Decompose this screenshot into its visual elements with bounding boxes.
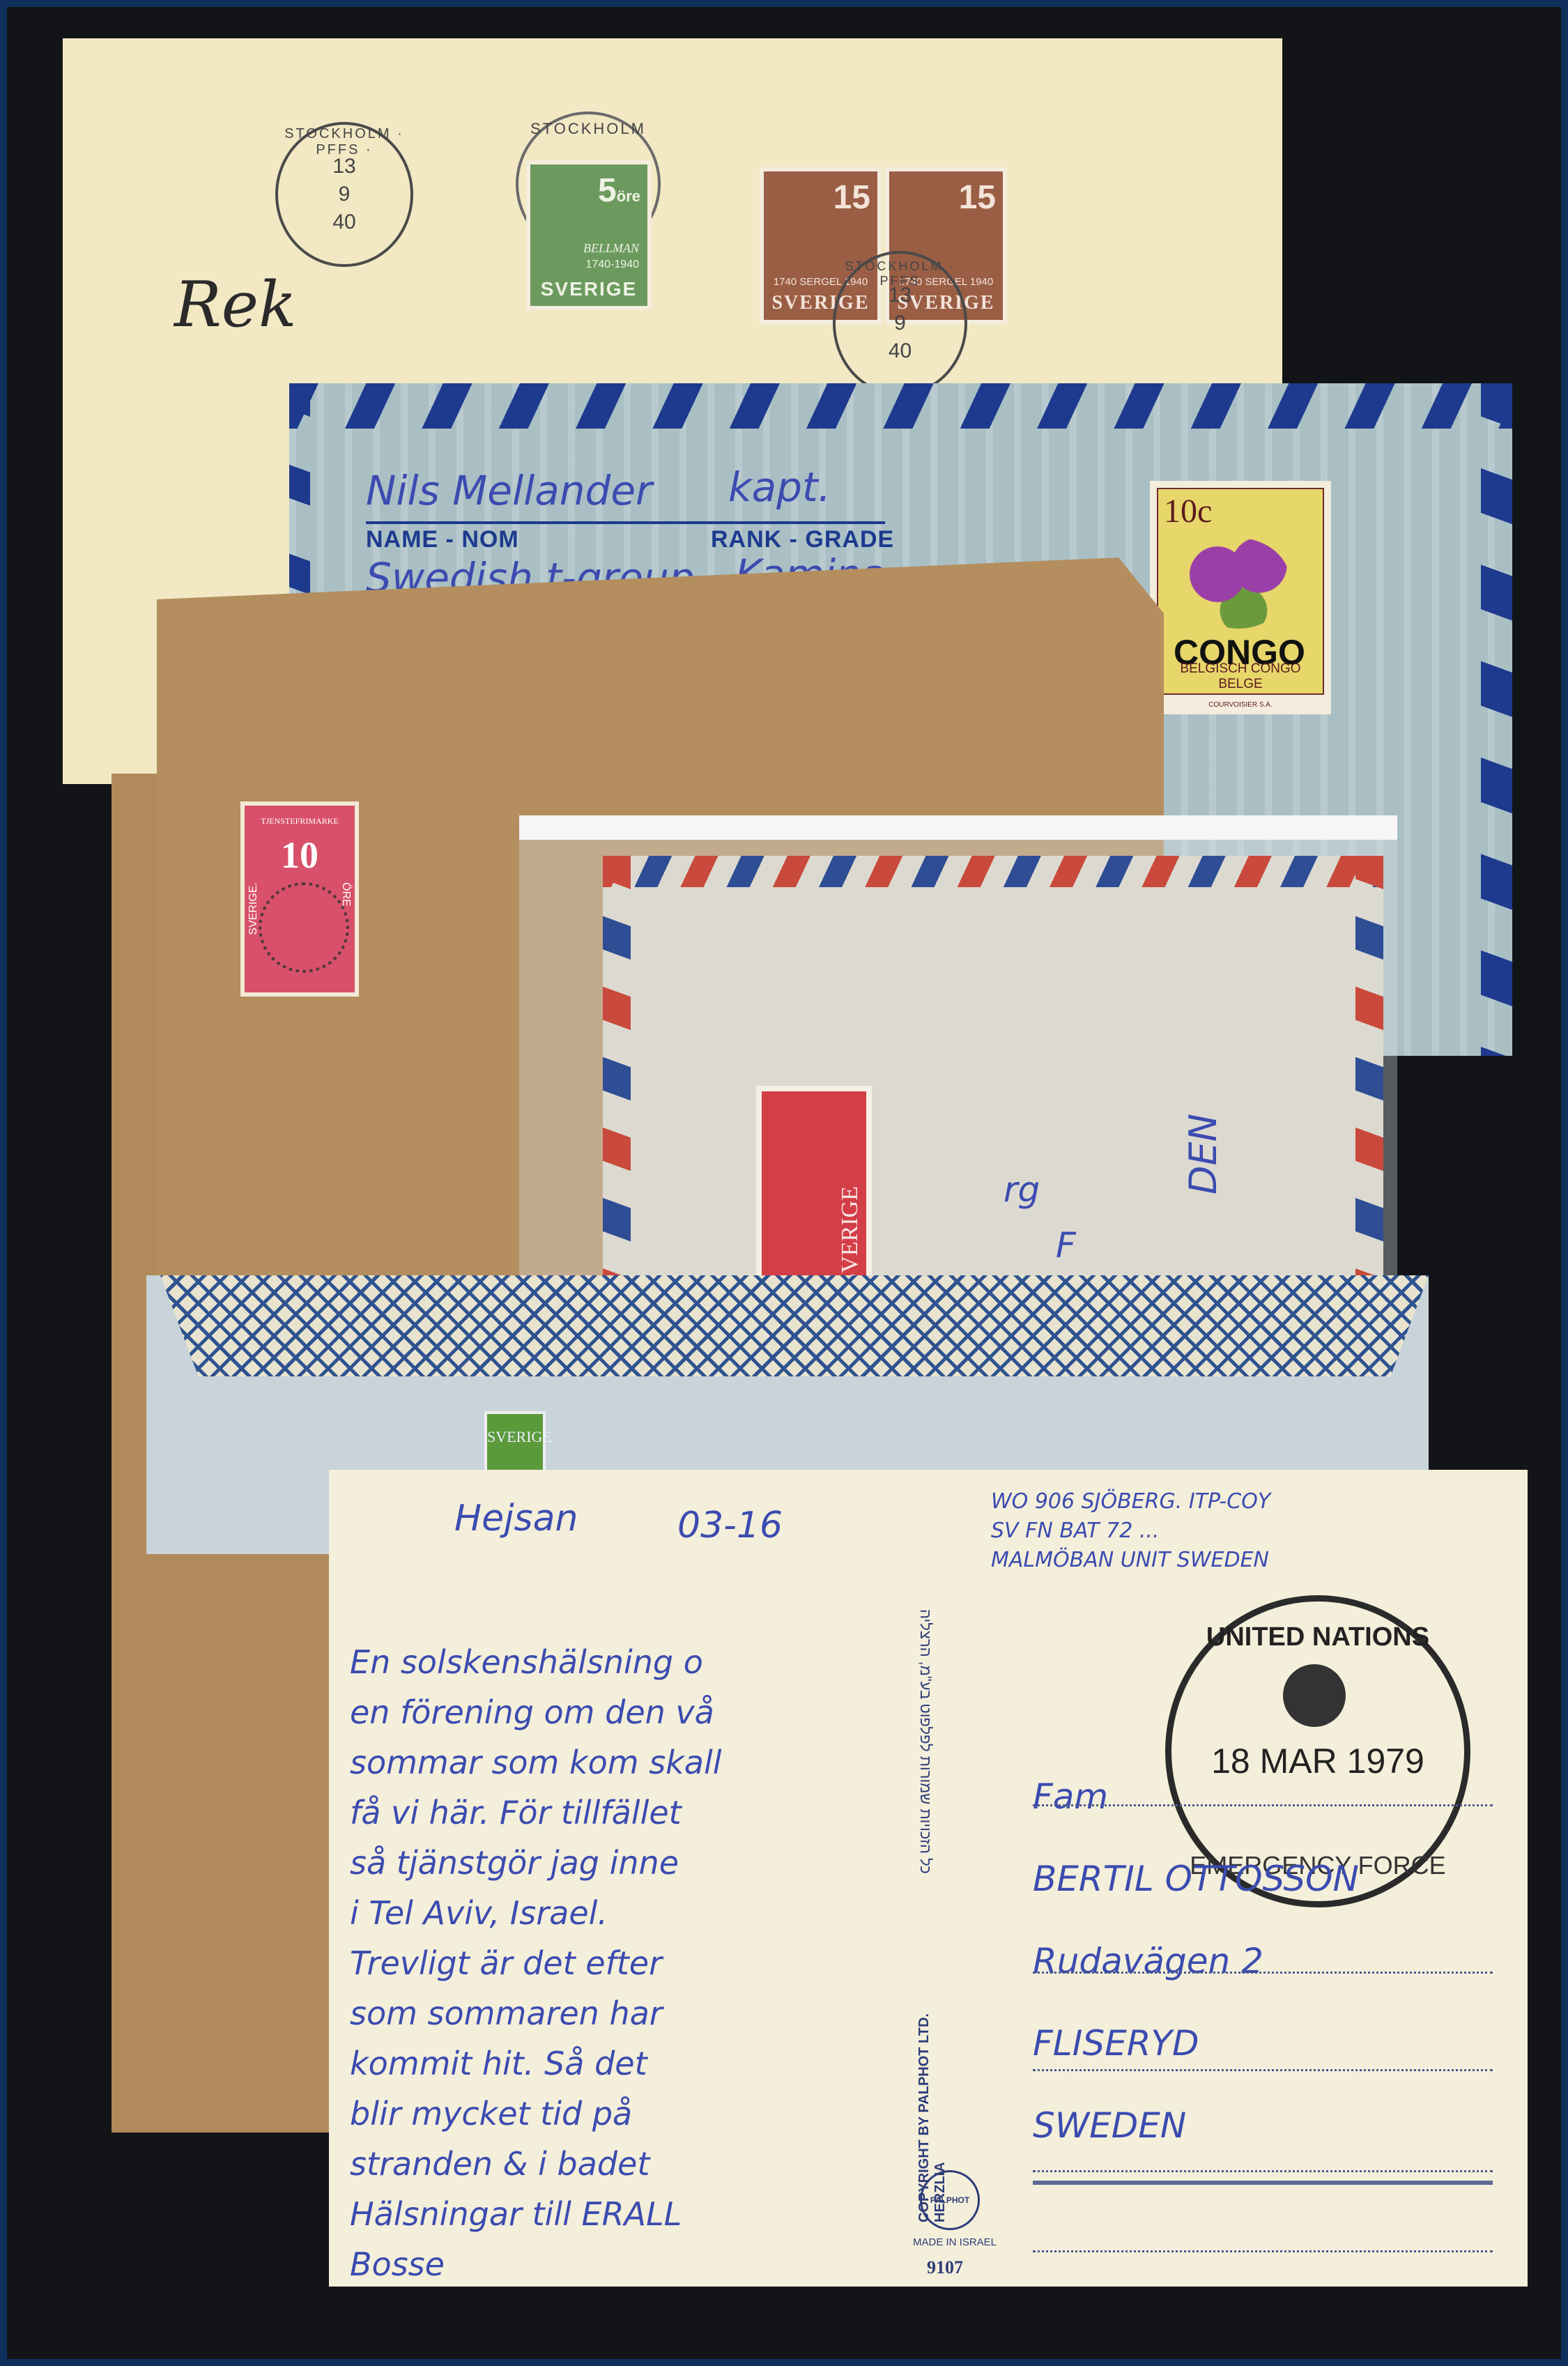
- address-fragment: rg: [1004, 1169, 1040, 1210]
- stamp-top-text: TJENSTEFRIMARKE: [245, 816, 355, 827]
- handwritten-line: SWEDEN: [1033, 2084, 1493, 2167]
- address-fragment: F: [1056, 1225, 1076, 1266]
- address-line: [1033, 1972, 1493, 1974]
- postmark-stockholm-left: STOCKHOLM · PFFS · 13 9 40: [275, 122, 413, 267]
- cancel-postmark: [259, 882, 349, 973]
- address-line: [1033, 1804, 1493, 1806]
- stamp-years: 1740-1940: [585, 259, 639, 271]
- airmail-stripes-top: [603, 856, 1383, 887]
- stamp-unit: öre: [617, 187, 640, 205]
- name-label: NAME - NOM: [366, 526, 519, 553]
- rank-label: RANK - GRADE: [711, 526, 894, 553]
- postmark-day: 13: [278, 153, 410, 180]
- postmark-year: 40: [836, 337, 964, 365]
- form-line: [366, 521, 885, 524]
- message-body: En solskenshälsning oen förening om den …: [350, 1637, 838, 2289]
- postmark-year: 40: [278, 208, 410, 236]
- rank-value: kapt.: [728, 463, 831, 511]
- lattice-flap: [160, 1275, 1429, 1376]
- address-line: [1033, 2250, 1493, 2252]
- postmark-day: 13: [836, 282, 964, 309]
- airmail-stripes-left: [603, 856, 631, 1288]
- postmark-stockholm-right: STOCKHOLM · PFFS 13 9 40: [833, 251, 967, 396]
- airmail-envelope: SVERIGE DEN F rg: [603, 856, 1383, 1288]
- address-line: [1033, 2170, 1493, 2172]
- handwritten-line: så tjänstgör jag inne: [350, 1838, 838, 1888]
- handwritten-line: En solskenshälsning o: [350, 1637, 838, 1687]
- card-number: 9107: [927, 2257, 963, 2278]
- palphot-logo: PALPHOT: [920, 2170, 980, 2230]
- address-fragment: DEN: [1181, 1114, 1225, 1194]
- greeting: Hejsan: [454, 1498, 578, 1539]
- stamp-country: SVERIGE: [530, 278, 647, 300]
- handwritten-line: SV FN BAT 72 ...: [991, 1516, 1270, 1546]
- handwritten-line: få vi här. För tillfället: [350, 1788, 838, 1838]
- stamp-country: SVERIGE: [837, 1186, 863, 1286]
- un-postcard: Hejsan 03-16 En solskenshälsning oen för…: [329, 1470, 1528, 2287]
- handwritten-line: Bosse: [350, 2239, 838, 2289]
- handwritten-line: MALMÖBAN UNIT SWEDEN: [991, 1546, 1270, 1575]
- address-block: FamBERTIL OTTOSSONRudavägen 2FLISERYDSWE…: [1033, 1756, 1493, 2167]
- flower-illustration: [1186, 538, 1291, 629]
- postmark-month: 9: [836, 309, 964, 337]
- rek-handwriting: Rek: [174, 268, 297, 341]
- stamp-value: 15: [959, 178, 996, 217]
- name-value: Nils Mellander: [366, 467, 652, 514]
- made-in-israel: MADE IN ISRAEL: [913, 2236, 997, 2248]
- stamp-official-10: TJENSTEFRIMARKE 10 SVERIGE. ÖRE.: [240, 801, 359, 997]
- stamp-country: BELGISCH CONGO BELGE: [1158, 661, 1323, 692]
- stamp-congo-10c: 10c CONGO BELGISCH CONGO BELGE COURVOISI…: [1150, 481, 1331, 714]
- handwritten-line: stranden & i badet: [350, 2139, 838, 2189]
- handwritten-line: som sommaren har: [350, 1988, 838, 2038]
- airmail-stripes-right: [1355, 856, 1383, 1288]
- airmail-stripes-right: [1481, 383, 1512, 1056]
- stamp-cranes: SVERIGE: [756, 1086, 872, 1306]
- stamp-printer: COURVOISIER S.A.: [1150, 701, 1331, 709]
- stamp-value: 5: [598, 172, 617, 209]
- un-emblem-icon: [1283, 1664, 1346, 1727]
- handwritten-line: Trevligt är det efter: [350, 1938, 838, 1988]
- handwritten-line: sommar som kom skall: [350, 1737, 838, 1788]
- handwritten-line: kommit hit. Så det: [350, 2038, 838, 2089]
- stamp-value: 10: [245, 834, 355, 877]
- handwritten-line: Hälsningar till ERALL: [350, 2189, 838, 2239]
- handwritten-line: Rudavägen 2: [1033, 1920, 1493, 2002]
- stamp-value: 15: [833, 178, 870, 217]
- address-underline: [1033, 2181, 1493, 2185]
- handwritten-line: WO 906 SJÖBERG. ITP-COY: [991, 1487, 1270, 1516]
- handwritten-line: FLISERYD: [1033, 2002, 1493, 2084]
- sender-block: WO 906 SJÖBERG. ITP-COYSV FN BAT 72 ...M…: [991, 1487, 1270, 1575]
- stamp-bellman-5ore: 5öre BELLMAN 1740-1940 SVERIGE: [526, 160, 652, 310]
- handwritten-line: Fam: [1033, 1756, 1493, 1838]
- postmark-top: UNITED NATIONS: [1171, 1622, 1464, 1652]
- airmail-stripes-top: [289, 383, 1512, 429]
- address-line: [1033, 2069, 1493, 2071]
- handwritten-line: i Tel Aviv, Israel.: [350, 1888, 838, 1938]
- date: 03-16: [677, 1505, 783, 1546]
- handwritten-line: BERTIL OTTOSSON: [1033, 1838, 1493, 1920]
- stamp-value: 10c: [1164, 492, 1212, 530]
- handwritten-line: blir mycket tid på: [350, 2089, 838, 2139]
- handwritten-line: en förening om den vå: [350, 1687, 838, 1737]
- postmark-month: 9: [278, 180, 410, 208]
- album-page: STOCKHOLM · PFFS · 13 9 40 STOCKHOLM Rek…: [7, 7, 1561, 2359]
- stamp-country: SVERIGE: [487, 1428, 543, 1446]
- stamp-name: BELLMAN: [583, 241, 639, 256]
